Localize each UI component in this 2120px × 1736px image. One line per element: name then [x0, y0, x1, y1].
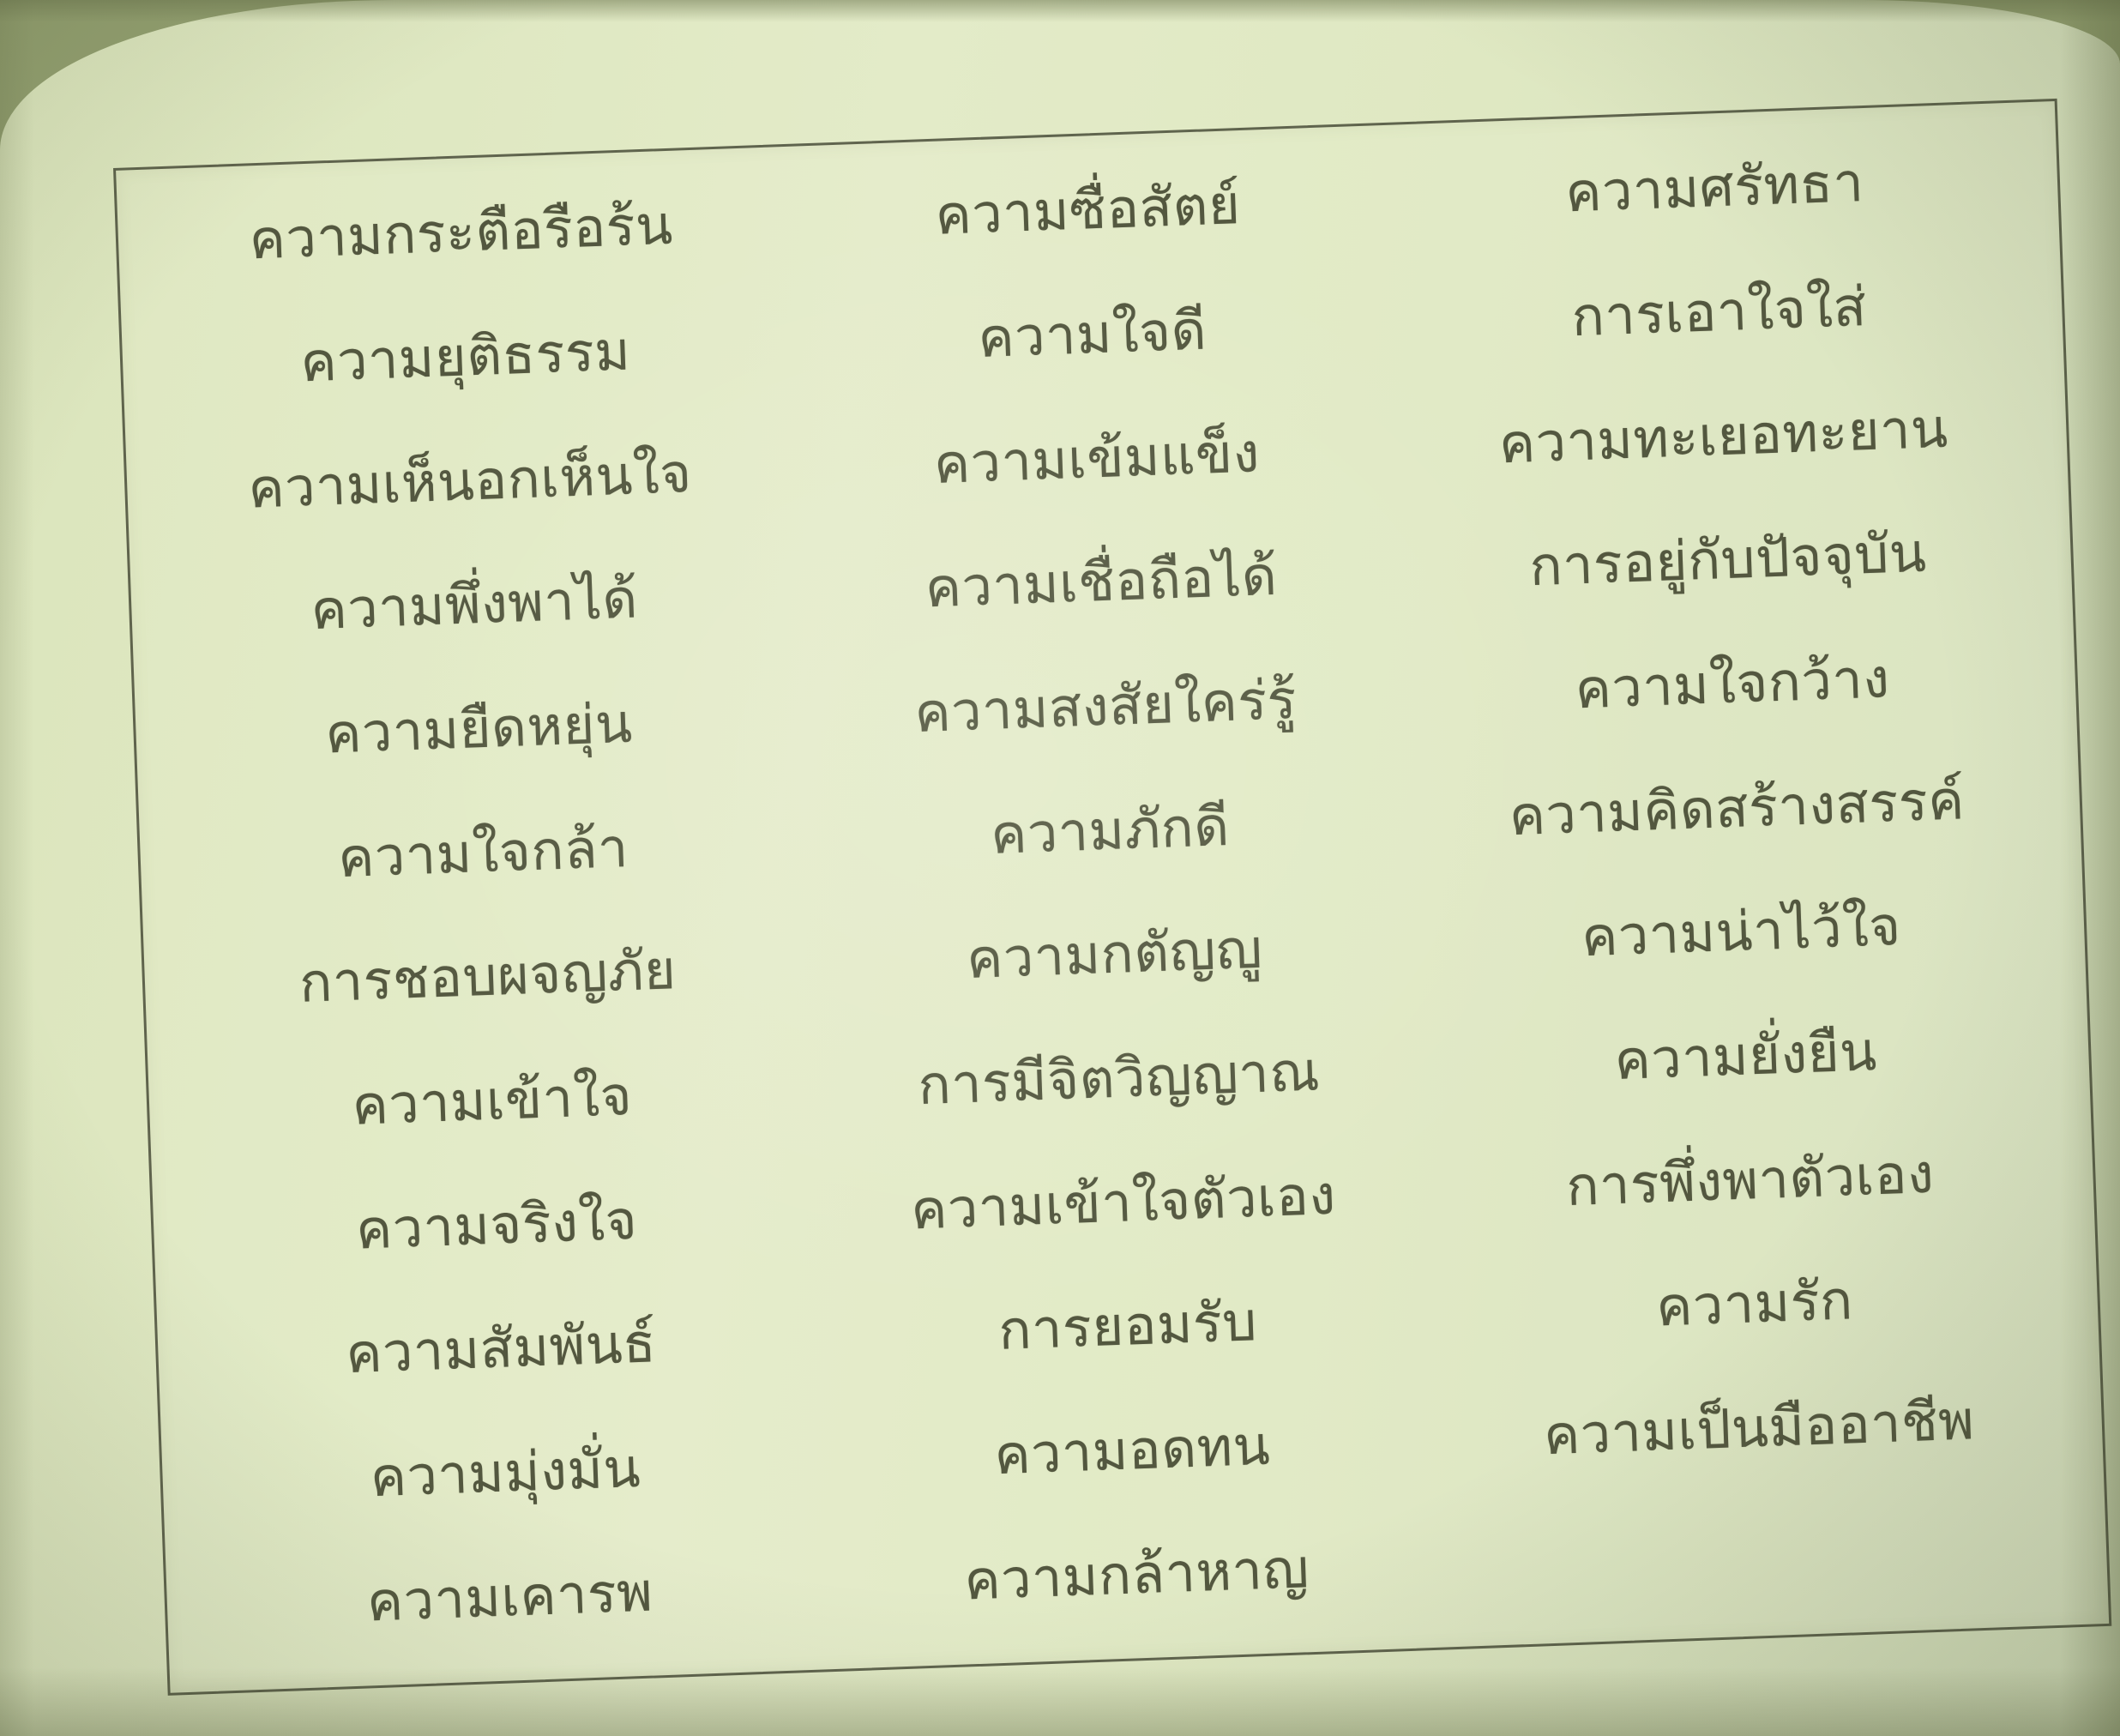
- value-word: ความเข้าใจ: [177, 1028, 808, 1174]
- value-word: ความอดทน: [816, 1377, 1448, 1523]
- value-word: ความเชื่อถือได้: [786, 509, 1417, 655]
- value-word: การชอบผจญภัย: [172, 903, 804, 1050]
- value-word: ความใจกว้าง: [1417, 610, 2048, 756]
- value-word: ความจริงใจ: [181, 1151, 812, 1298]
- value-word: การเอาใจใส่: [1403, 238, 2034, 385]
- value-word: ความยืดหยุ่น: [163, 655, 794, 802]
- value-word: ความเข้าใจตัวเอง: [808, 1129, 1439, 1275]
- value-word: ความทะเยอทะยาน: [1408, 362, 2039, 509]
- value-word: ความซื่อสัตย์: [772, 136, 1403, 283]
- value-word: ความสงสัยใคร่รู้: [790, 633, 1421, 780]
- value-word: ความใจกล้า: [167, 779, 798, 925]
- value-word: ความเคารพ: [195, 1523, 826, 1670]
- value-word: ความยั่งยืน: [1430, 982, 2062, 1129]
- value-word: ความใจดี: [777, 261, 1408, 407]
- value-word: ความยุติธรรม: [150, 283, 781, 430]
- value-word: ความกระตือรือร้น: [146, 160, 777, 306]
- value-word: ความพึ่งพาได้: [159, 531, 790, 678]
- value-word: ความกล้าหาญ: [821, 1501, 1452, 1648]
- book-page-photo: ความกระตือรือร้น ความยุติธรรม ความเห็นอก…: [0, 0, 2120, 1736]
- value-word: ความศรัทธา: [1399, 114, 2030, 261]
- values-grid: ความกระตือรือร้น ความยุติธรรม ความเห็นอก…: [146, 114, 2080, 1669]
- value-word: ความกตัญญู: [798, 881, 1430, 1028]
- value-word: ความสัมพันธ์: [185, 1275, 816, 1422]
- value-word: การอยู่กับปัจจุบัน: [1412, 486, 2044, 633]
- value-word: ความมุ่งมั่น: [190, 1399, 821, 1546]
- value-word: การยอมรับ: [812, 1253, 1443, 1400]
- value-word: ความรัก: [1439, 1230, 2070, 1377]
- value-word: ความเข้มแข็ง: [781, 384, 1412, 531]
- value-word: ความคิดสร้างสรรค์: [1421, 734, 2052, 881]
- value-word: ความเป็นมืออาชีพ: [1443, 1354, 2075, 1501]
- value-word: ความเห็นอกเห็นใจ: [154, 407, 786, 554]
- value-word: ความน่าไว้ใจ: [1425, 859, 2057, 1005]
- value-word: การมีจิตวิญญาณ: [804, 1004, 1435, 1151]
- values-list-box: ความกระตือรือร้น ความยุติธรรม ความเห็นอก…: [113, 99, 2111, 1696]
- value-word: ความภักดี: [794, 756, 1425, 903]
- value-word: การพึ่งพาตัวเอง: [1435, 1106, 2066, 1253]
